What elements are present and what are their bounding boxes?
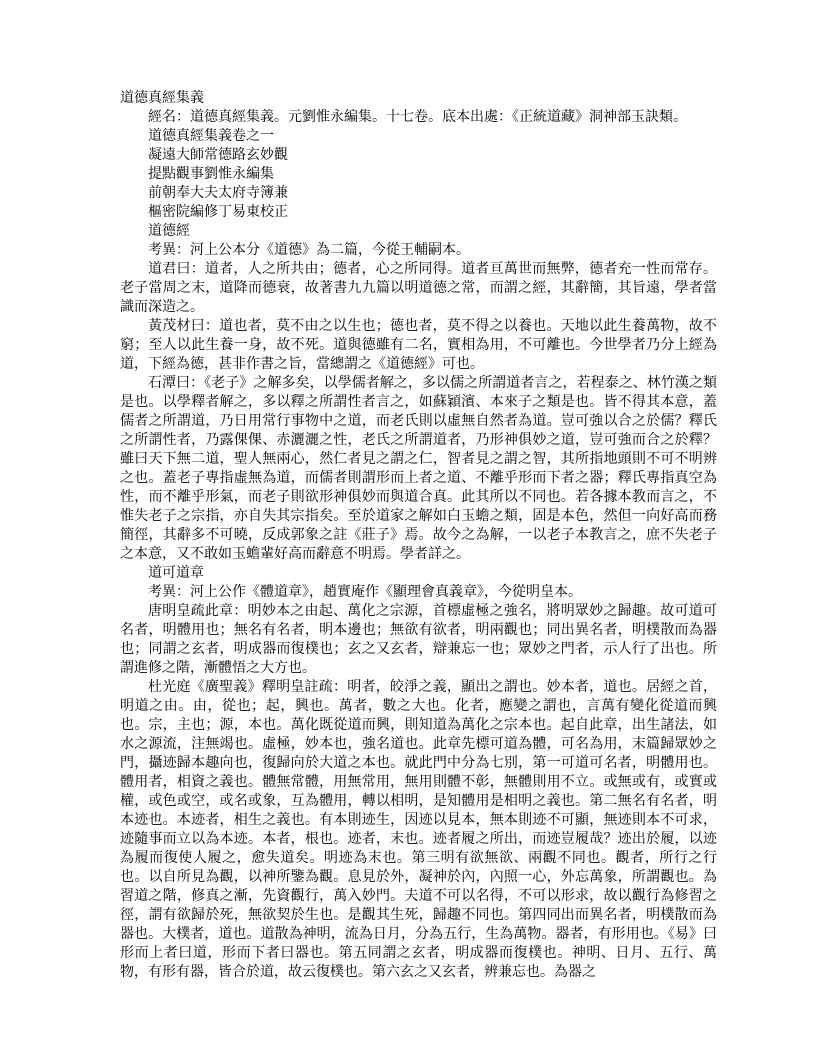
chapter-variant-note: 考異：河上公作《體道章》，趙實庵作《顯理會真義章》，今從明皇本。 [120,583,717,602]
commentary-duguangting: 杜光庭《廣聖義》釋明皇註疏：明者，皎淨之義，顯出之謂也。妙本者，道也。居經之首，… [120,678,717,982]
chapter-heading-daokedao: 道可道章 [120,564,717,583]
section-heading-daodejing: 道德經 [120,222,717,241]
document-title: 道德真經集義 [120,89,717,108]
compiler-line-2: 提點觀事劉惟永編集 [120,165,717,184]
textual-variant-note: 考異：河上公本分《道德》為二篇，今從王輔嗣本。 [120,241,717,260]
volume-heading: 道德真經集義卷之一 [120,127,717,146]
commentary-daojun: 道君曰：道者，人之所共由；德者，心之所同得。道者亘萬世而無弊，德者充一性而常存。… [120,260,717,317]
commentary-huangmaocai: 黃茂材曰：道也者，莫不由之以生也；德也者，莫不得之以養也。天地以此生養萬物，故不… [120,317,717,374]
meta-line-scripture-name: 經名：道德真經集義。元劉惟永編集。十七卷。底本出處：《正統道藏》洞神部玉訣類。 [120,108,717,127]
compiler-line-4: 樞密院編修丁易東校正 [120,203,717,222]
compiler-line-1: 凝遠大師常德路玄妙觀 [120,146,717,165]
commentary-shitan: 石潭曰：《老子》之解多矣，以學儒者解之，多以儒之所謂道者言之，若程泰之、林竹漢之… [120,374,717,564]
document-body: 道德真經集義經名：道德真經集義。元劉惟永編集。十七卷。底本出處：《正統道藏》洞神… [120,89,717,982]
document-page: 道德真經集義經名：道德真經集義。元劉惟永編集。十七卷。底本出處：《正統道藏》洞神… [120,89,717,982]
commentary-tangminghuang: 唐明皇疏此章：明妙本之由起、萬化之宗源，首標虛極之強名，將明眾妙之歸趣。故可道可… [120,602,717,678]
compiler-line-3: 前朝奉大夫太府寺簿兼 [120,184,717,203]
